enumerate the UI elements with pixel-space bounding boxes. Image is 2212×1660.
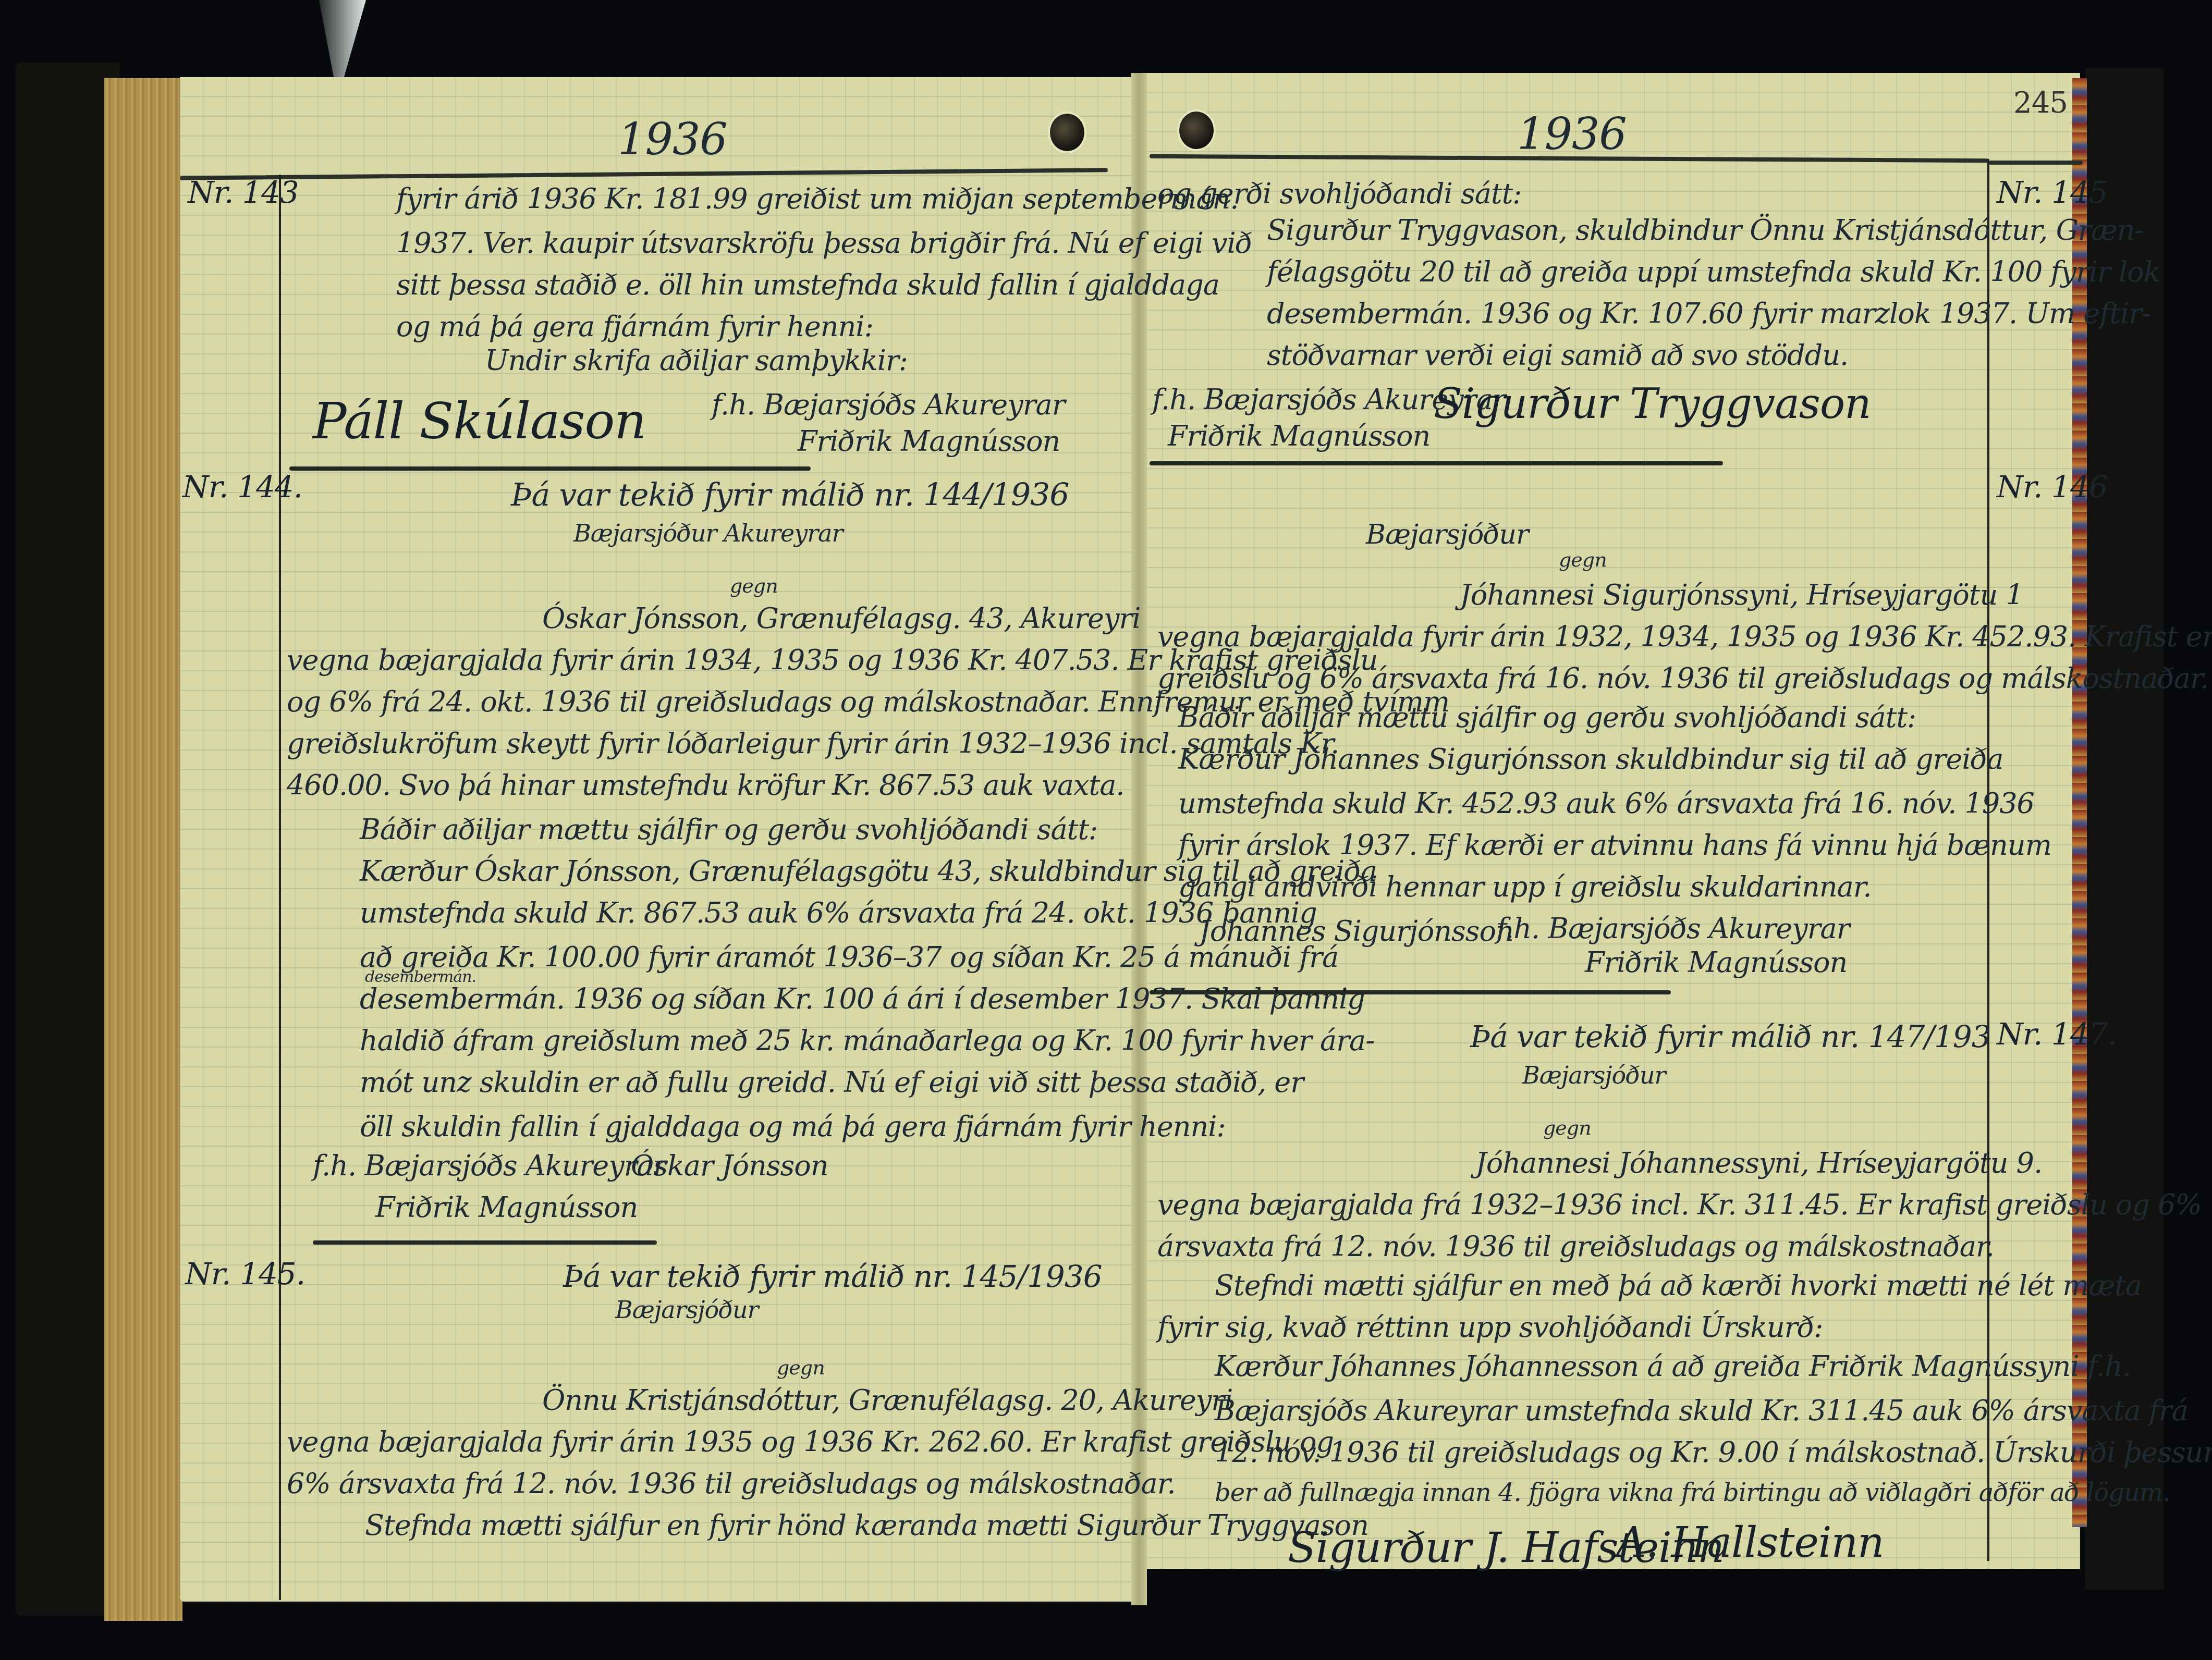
entry-line: mót unz skuldin er að fullu greidd. Nú e… — [360, 1068, 1303, 1097]
entry-line: og gerði svohljóðandi sátt: — [1157, 180, 1522, 208]
entry-number: Nr. 145 — [1997, 177, 2108, 207]
left-margin-divider — [279, 175, 281, 1600]
entry-line: vegna bæjargjalda fyrir árin 1935 og 193… — [287, 1428, 1334, 1456]
entry-line: Sigurður Tryggvason, skuldbindur Önnu Kr… — [1267, 216, 2143, 244]
entry-line: desembermán. 1936 og síðan Kr. 100 á ári… — [360, 985, 1365, 1013]
entry-line: félagsgötu 20 til að greiða uppí umstefn… — [1267, 258, 2160, 286]
entry-line: 12. nóv. 1936 til greiðsludags og Kr. 9.… — [1215, 1438, 2212, 1467]
signature: Johannes Sigurjónsson — [1199, 917, 1513, 945]
entry-subtitle: Bæjarsjóður — [615, 1298, 759, 1322]
signature: Friðrik Magnússon — [1585, 949, 1847, 977]
page-edge-stack — [104, 78, 182, 1621]
entry-line: Stefndi mætti sjálfur en með þá að kærði… — [1215, 1272, 2142, 1300]
binding-hole-right — [1179, 112, 1214, 149]
against-label: gegn — [1559, 550, 1607, 570]
party-name: Óskar Jónsson, Grænufélagsg. 43, Akureyr… — [542, 605, 1141, 633]
entry-line: Kærður Jóhannes Jóhannesson á að greiða … — [1215, 1352, 2131, 1381]
entry-line: haldið áfram greiðslum með 25 kr. mánaða… — [360, 1027, 1375, 1055]
signature: Friðrik Magnússon — [1168, 422, 1430, 450]
entry-line: ársvaxta frá 12. nóv. 1936 til greiðslud… — [1157, 1233, 1994, 1261]
entry-line: öll skuldin fallin í gjalddaga og má þá … — [360, 1113, 1226, 1141]
signature: f.h. Bæjarsjóðs Akureyrar — [313, 1152, 666, 1180]
entry-line: sitt þessa staðið e. öll hin umstefnda s… — [396, 271, 1219, 299]
entry-separator — [1150, 461, 1723, 465]
signature: Óskar Jónsson — [631, 1152, 828, 1180]
entry-line: umstefnda skuld Kr. 452.93 auk 6% ársvax… — [1178, 790, 2034, 818]
entry-number: Nr. 146 — [1997, 472, 2108, 502]
entry-title: Þá var tekið fyrir málið nr. 144/1936 — [511, 479, 1069, 511]
binding-hole-left — [1050, 114, 1084, 151]
entry-line: Undir skrifa aðiljar samþykkir: — [485, 347, 908, 375]
party-name: Jóhannesi Jóhannessyni, Hríseyjargötu 9. — [1475, 1149, 2042, 1177]
header-rule-right-margin — [1989, 161, 2083, 165]
entry-subtitle: Bæjarsjóður — [1366, 521, 1529, 548]
entry-line: og má þá gera fjárnám fyrir henni: — [396, 313, 873, 341]
entry-title: Þá var tekið fyrir málið nr. 145/1936 — [563, 1261, 1102, 1292]
entry-line: Kærður Jóhannes Sigurjónsson skuldbindur… — [1178, 745, 2003, 773]
entry-line: umstefnda skuld Kr. 867.53 auk 6% ársvax… — [360, 899, 1317, 927]
marbled-page-edge — [2072, 78, 2087, 1527]
right-year-header: 1936 — [1517, 112, 1627, 156]
entry-line: gangi andvirði hennar upp í greiðslu sku… — [1178, 873, 1872, 901]
entry-subtitle: Bæjarsjóður — [1522, 1063, 1666, 1087]
entry-line: desembermán. 1936 og Kr. 107.60 fyrir ma… — [1267, 300, 2150, 328]
entry-separator — [289, 466, 811, 471]
against-label: gegn — [777, 1358, 825, 1378]
signature: A. Hallsteinn — [1616, 1522, 1884, 1564]
signature: f.h. Bæjarsjóðs Akureyrar — [712, 391, 1065, 419]
entry-line: 460.00. Svo þá hinar umstefndu kröfur Kr… — [287, 771, 1125, 800]
entry-line: stöðvarnar verði eigi samið að svo stödd… — [1267, 341, 1848, 370]
entry-line: Bæjarsjóðs Akureyrar umstefnda skuld Kr.… — [1215, 1397, 2188, 1425]
entry-line: Báðir aðiljar mættu sjálfir og gerðu svo… — [360, 816, 1097, 844]
entry-line: vegna bæjargjalda fyrir árin 1932, 1934,… — [1157, 623, 2212, 651]
entry-subtitle: Bæjarsjóður Akureyrar — [573, 521, 843, 545]
entry-line: 6% ársvaxta frá 12. nóv. 1936 til greiðs… — [287, 1470, 1176, 1498]
page-number: 245 — [2013, 89, 2068, 118]
signature: f.h. Bæjarsjóðs Akureyrar — [1496, 915, 1849, 943]
entry-line: 1937. Ver. kaupir útsvarskröfu þessa bri… — [396, 229, 1252, 257]
entry-line: greiðslu og 6% ársvaxta frá 16. nóv. 193… — [1157, 665, 2208, 693]
against-label: gegn — [730, 576, 778, 596]
entry-title: Þá var tekið fyrir málið nr. 147/193 — [1470, 1022, 1990, 1052]
entry-line: fyrir sig, kvað réttinn upp svohljóðandi… — [1157, 1313, 1823, 1342]
signature: Páll Skúlason — [313, 396, 646, 446]
signature: Friðrik Magnússon — [798, 427, 1060, 456]
book-gutter — [1131, 73, 1147, 1605]
signature: Sigurður Tryggvason — [1434, 383, 1871, 425]
party-name: Jóhannesi Sigurjónssyni, Hríseyjargötu 1 — [1460, 581, 2023, 609]
entry-line: fyrir árslok 1937. Ef kærði er atvinnu h… — [1178, 831, 2051, 859]
party-name: Önnu Kristjánsdóttur, Grænufélagsg. 20, … — [542, 1386, 1232, 1415]
signature: Friðrik Magnússon — [375, 1194, 638, 1222]
entry-number: Nr. 147. — [1997, 1019, 2117, 1049]
against-label: gegn — [1543, 1118, 1591, 1138]
entry-number: Nr. 143 — [188, 177, 299, 207]
entry-line: ber að fullnægja innan 4. fjögra vikna f… — [1215, 1480, 2170, 1505]
entry-line: vegna bæjargjalda frá 1932–1936 incl. Kr… — [1157, 1191, 2202, 1219]
left-year-header: 1936 — [618, 117, 727, 161]
entry-separator — [1150, 990, 1671, 994]
entry-separator — [313, 1240, 657, 1245]
entry-line: Báðir aðiljar mættu sjálfir og gerðu svo… — [1178, 704, 1916, 732]
entry-line: að greiða Kr. 100.00 fyrir áramót 1936–3… — [360, 943, 1338, 972]
entry-line: fyrir árið 1936 Kr. 181.99 greiðist um m… — [396, 185, 1239, 213]
entry-line: Stefnda mætti sjálfur en fyrir hönd kæra… — [365, 1511, 1368, 1540]
entry-number: Nr. 144. — [182, 472, 302, 502]
entry-number: Nr. 145. — [185, 1259, 305, 1289]
